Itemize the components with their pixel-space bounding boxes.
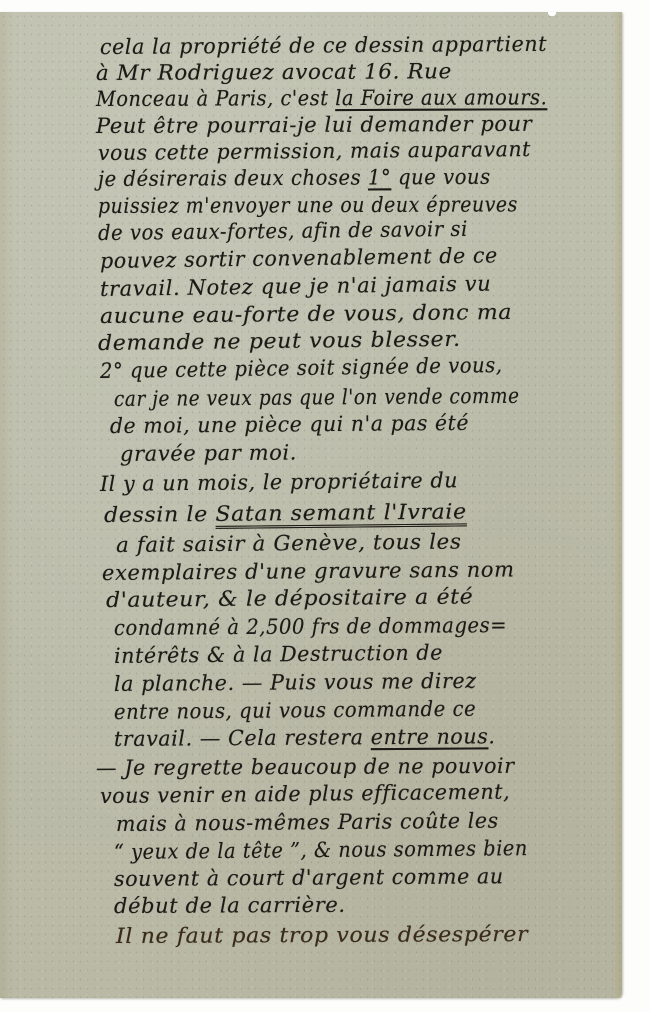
manuscript-line-5: vous cette permission, mais auparavant [98, 137, 531, 165]
manuscript-line-2: à Mr Rodriguez avocat 16. Rue [96, 59, 452, 85]
line-text: mais à nous-mêmes Paris coûte les [116, 809, 499, 836]
underlined-title: la Foire aux amours. [335, 85, 547, 110]
line-text: souvent à court d'argent comme au [114, 864, 504, 891]
line-text: — Je regrette beaucoup de ne pouvoir [96, 754, 515, 780]
line-text: de vos eaux-fortes, afin de savoir si [98, 217, 468, 245]
manuscript-line-11: aucune eau-forte de vous, donc ma [100, 300, 512, 328]
manuscript-line-21: d'auteur, & le dépositaire a été [106, 584, 474, 612]
manuscript-line-26: travail. — Cela restera entre nous. [114, 724, 496, 751]
line-text: puissiez m'envoyer une ou deux épreuves [98, 192, 518, 218]
line-text: condamné à 2,500 frs de dommages= [114, 613, 507, 640]
manuscript-line-31: souvent à court d'argent comme au [114, 864, 504, 891]
manuscript-line-25: entre nous, qui vous commande ce [114, 697, 476, 724]
manuscript-line-20: exemplaires d'une gravure sans nom [102, 557, 515, 585]
manuscript-line-23: intérêts & à la Destruction de [114, 640, 443, 668]
line-text: d'auteur, & le dépositaire a été [106, 584, 474, 612]
manuscript-line-14: car je ne veux pas que l'on vende comme [114, 384, 520, 411]
line-text: dessin le [104, 502, 216, 527]
manuscript-line-28: vous venir en aide plus efficacement, [100, 780, 510, 808]
line-text: vous venir en aide plus efficacement, [100, 780, 510, 808]
line-text: je désirerais deux choses [98, 165, 368, 191]
line-text: demande ne peut vous blesser. [98, 327, 461, 355]
line-text: Il y a un mois, le propriétaire du [100, 468, 458, 496]
underlined-title: Satan semant l'Ivraie [215, 499, 467, 526]
scanned-letter-page: cela la propriété de ce dessin appartien… [0, 0, 650, 1012]
line-text: de moi, une pièce qui n'a pas été [110, 411, 469, 438]
line-text: travail. — Cela restera [114, 725, 371, 751]
manuscript-line-6: je désirerais deux choses 1° que vous [98, 165, 491, 191]
line-text: que vous [391, 165, 491, 190]
line-text: intérêts & à la Destruction de [114, 640, 443, 668]
line-text: a fait saisir à Genève, tous les [116, 529, 462, 557]
manuscript-line-18: dessin le Satan semant l'Ivraie [104, 499, 467, 527]
line-text: Il ne faut pas trop vous désespérer [116, 922, 528, 948]
manuscript-line-17: Il y a un mois, le propriétaire du [100, 468, 458, 496]
manuscript-line-24: la planche. — Puis vous me direz [114, 669, 477, 696]
manuscript-line-22: condamné à 2,500 frs de dommages= [114, 613, 507, 640]
manuscript-line-1: cela la propriété de ce dessin appartien… [100, 32, 547, 59]
line-text: aucune eau-forte de vous, donc ma [100, 300, 512, 328]
line-text: la planche. — Puis vous me direz [114, 669, 477, 696]
line-text: cela la propriété de ce dessin appartien… [100, 32, 547, 59]
line-text: car je ne veux pas que l'on vende comme [114, 384, 520, 411]
line-text: Monceau à Paris, c'est [96, 86, 335, 111]
line-text: à Mr Rodriguez avocat 16. Rue [96, 59, 452, 85]
manuscript-line-29: mais à nous-mêmes Paris coûte les [116, 809, 499, 836]
enumeration-1: 1° [368, 165, 391, 189]
line-text: entre nous, qui vous commande ce [114, 697, 476, 724]
line-text: . [488, 724, 495, 748]
underlined-phrase: entre nous [371, 724, 489, 749]
manuscript-line-7: puissiez m'envoyer une ou deux épreuves [98, 192, 518, 218]
paper-notch [548, 12, 556, 16]
line-text: gravée par moi. [120, 440, 297, 466]
manuscript-line-30: “ yeux de la tête ”, & nous sommes bien [114, 836, 528, 864]
manuscript-line-19: a fait saisir à Genève, tous les [116, 529, 462, 557]
manuscript-line-15: de moi, une pièce qui n'a pas été [110, 411, 469, 438]
line-text: “ yeux de la tête ”, & nous sommes bien [114, 836, 528, 864]
manuscript-line-12: demande ne peut vous blesser. [98, 327, 461, 355]
manuscript-line-33: Il ne faut pas trop vous désespérer [116, 922, 528, 948]
line-text: début de la carrière. [114, 893, 346, 918]
manuscript-line-3: Monceau à Paris, c'est la Foire aux amou… [96, 85, 547, 111]
line-text: Peut être pourrai-je lui demander pour [96, 112, 533, 138]
manuscript-line-16: gravée par moi. [120, 440, 297, 466]
line-text: exemplaires d'une gravure sans nom [102, 557, 515, 585]
manuscript-line-4: Peut être pourrai-je lui demander pour [96, 112, 533, 138]
manuscript-line-32: début de la carrière. [114, 893, 346, 918]
line-text: vous cette permission, mais auparavant [98, 137, 531, 165]
manuscript-line-8: de vos eaux-fortes, afin de savoir si [98, 217, 468, 245]
manuscript-line-27: — Je regrette beaucoup de ne pouvoir [96, 754, 515, 780]
